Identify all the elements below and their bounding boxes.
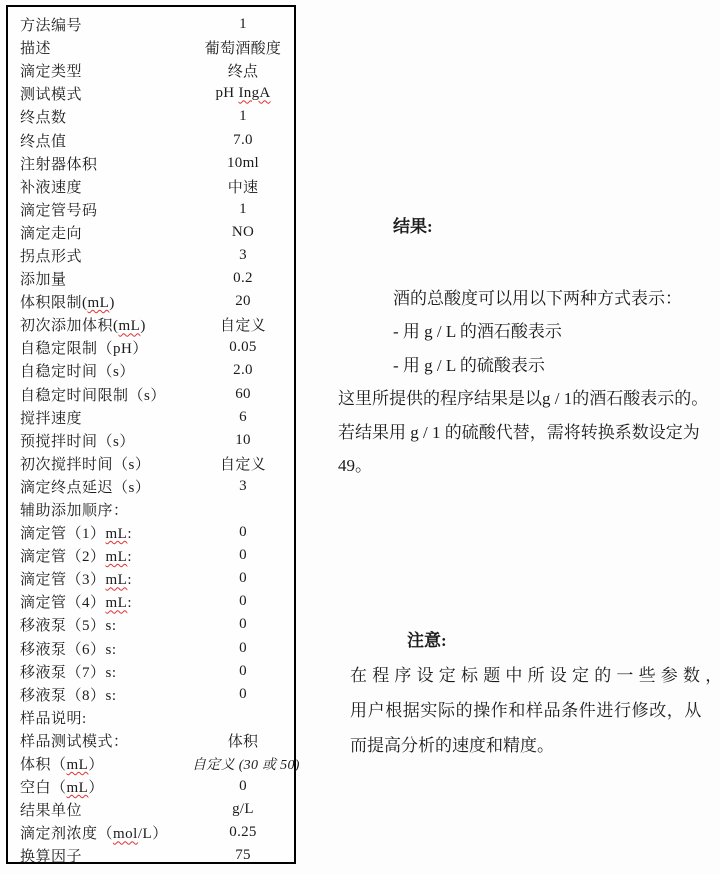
param-label: 测试模式 [8,83,192,104]
param-value: 0 [192,547,294,564]
text-run: 75 [235,847,251,863]
table-row: 滴定走向NO [8,221,294,244]
param-label: 换算因子 [8,845,192,866]
param-label: 自稳定时间限制（s） [8,384,192,405]
table-row: 滴定管（3）mL:0 [8,567,294,590]
text-run: 0 [239,686,247,702]
param-value: 75 [192,847,294,864]
text-run: 0.25 [229,824,256,840]
text-run: 自稳定限制（pH） [20,341,148,357]
table-row: 滴定管（1）mL:0 [8,521,294,544]
text-run: 方法编号 [20,18,82,34]
param-label: 滴定管号码 [8,199,192,220]
text-run: 空白（ [20,780,67,796]
table-row: 空白（mL）0 [8,775,294,798]
table-row: 拐点形式3 [8,244,294,267]
text-run: 初次添加体积( [20,318,119,334]
text-run: 补液速度 [20,180,82,196]
param-value: 1 [192,16,294,33]
param-label: 搅拌速度 [8,407,192,428]
table-row: 搅拌速度6 [8,406,294,429]
param-label: 滴定管（1）mL: [8,522,192,543]
text-run: 滴定管（3） [20,572,106,588]
table-row: 测试模式pH IngA [8,82,294,105]
text-run: 滴定终点延迟（s） [20,480,150,496]
text-run: : [127,549,132,565]
param-label: 样品测试模式： [8,730,192,751]
text-run: pH [215,85,238,101]
spellcheck-squiggle-text: mL [88,295,110,311]
spellcheck-squiggle-text: mL [119,318,141,334]
text-run: 注射器体积 [20,157,98,173]
text-run: 初次搅拌时间（s） [20,457,150,473]
text-run: 换算因子 [20,849,82,865]
param-value: 自定义 (30 或 50) [192,754,300,774]
param-label: 描述 [8,37,192,58]
italic-text: 自定义 (30 或 50) [192,758,300,773]
text-run: g/L [232,801,254,817]
results-line: 49。 [338,449,716,483]
text-run: 60 [235,386,251,402]
param-value: 自定义 [192,314,294,335]
param-value: 0 [192,686,294,703]
param-label: 自稳定限制（pH） [8,337,192,358]
table-row: 初次添加体积(mL)自定义 [8,313,294,336]
text-run: 自定义 [220,318,266,334]
text-run: 3 [239,247,247,263]
param-label: 结果单位 [8,799,192,820]
text-run: 葡萄酒酸度 [205,41,282,57]
text-run: 体积限制( [20,295,88,311]
text-run: 滴定类型 [20,64,82,80]
table-row: 滴定管（2）mL:0 [8,544,294,567]
table-row: 滴定管号码1 [8,198,294,221]
table-row: 移液泵（5）s:0 [8,613,294,636]
param-label: 体积（mL） [8,753,192,774]
param-label: 初次添加体积(mL) [8,314,192,335]
results-section: 结果:酒的总酸度可以用以下两种方式表示：- 用 g / L 的酒石酸表示- 用 … [338,210,716,483]
param-value: 0 [192,663,294,680]
text-run: : [127,572,132,588]
param-value: 葡萄酒酸度 [192,37,294,58]
text-run: 0 [239,570,247,586]
param-value: 自定义 [192,453,294,474]
text-run: 结果单位 [20,803,82,819]
param-label: 体积限制(mL) [8,291,192,312]
param-value: 0 [192,616,294,633]
param-label: 滴定管（3）mL: [8,568,192,589]
param-label: 辅助添加顺序： [8,499,192,520]
table-row: 样品测试模式：体积 [8,729,294,752]
param-label: 注射器体积 [8,153,192,174]
table-row: 自稳定时间（s）2.0 [8,359,294,382]
text-run: ） [88,780,104,796]
text-run: 终点值 [20,134,67,150]
text-run: 2.0 [233,362,253,378]
param-label: 移液泵（5）s: [8,614,192,635]
param-label: 终点数 [8,106,192,127]
param-label: 预搅拌时间（s） [8,430,192,451]
results-line: - 用 g / L 的硫酸表示 [338,349,716,383]
param-value: 0.2 [192,270,294,287]
table-row: 移液泵（8）s:0 [8,683,294,706]
text-run: 10ml [227,155,259,171]
text-run: 自稳定时间（s） [20,364,135,380]
table-row: 自稳定限制（pH）0.05 [8,336,294,359]
text-run: : [127,526,132,542]
param-label: 滴定管（2）mL: [8,545,192,566]
param-label: 滴定终点延迟（s） [8,476,192,497]
param-label: 自稳定时间（s） [8,360,192,381]
text-run: 0 [239,778,247,794]
spellcheck-squiggle-text: mL [106,549,128,565]
param-value: 6 [192,409,294,426]
table-row: 移液泵（7）s:0 [8,660,294,683]
param-value: 10ml [192,155,294,172]
param-value: 1 [192,108,294,125]
param-value: 0 [192,593,294,610]
text-run: 描述 [20,41,51,57]
param-label: 滴定类型 [8,60,192,81]
table-row: 描述葡萄酒酸度 [8,36,294,59]
spellcheck-squiggle-text: mL [67,757,89,773]
text-run: /L） [138,826,168,842]
text-run: 滴定管（2） [20,549,106,565]
param-value: 0 [192,524,294,541]
text-run: 0 [239,524,247,540]
table-row: 滴定管（4）mL:0 [8,590,294,613]
param-label: 滴定走向 [8,222,192,243]
param-label: 样品说明: [8,707,192,728]
text-run: 0 [239,663,247,679]
text-run: 0 [239,616,247,632]
param-value: NO [192,224,294,241]
text-run: 自定义 [220,457,266,473]
table-row: 终点值7.0 [8,128,294,151]
text-run: 0.2 [233,270,253,286]
param-label: 添加量 [8,268,192,289]
param-value: 终点 [192,60,294,81]
table-row: 自稳定时间限制（s）60 [8,383,294,406]
text-run: 20 [235,293,251,309]
param-value: 0.25 [192,824,294,841]
spellcheck-squiggle-text: mL [106,595,128,611]
param-label: 终点值 [8,130,192,151]
param-label: 空白（mL） [8,776,192,797]
param-label: 移液泵（8）s: [8,684,192,705]
text-run: 1 [239,16,247,32]
spellcheck-squiggle-text: mL [106,526,128,542]
param-value: 0 [192,570,294,587]
results-line: - 用 g / L 的酒石酸表示 [338,315,716,349]
text-run: 移液泵（5）s: [20,618,117,634]
text-run: 移液泵（7）s: [20,665,117,681]
results-heading: 结果: [338,210,716,244]
table-row: 补液速度中速 [8,175,294,198]
notice-line: 在程序设定标题中所设定的一些参数， [350,658,716,693]
text-run: 终点数 [20,110,67,126]
text-run: 添加量 [20,272,67,288]
text-run: 搅拌速度 [20,411,82,427]
text-run: 体积 [228,734,259,750]
text-run: 6 [239,409,247,425]
table-row: 体积（mL）自定义 (30 或 50) [8,752,294,775]
notice-heading: 注意: [350,623,716,658]
param-value: 20 [192,293,294,310]
text-run: 拐点形式 [20,249,82,265]
table-row: 方法编号1 [8,13,294,36]
spellcheck-squiggle-text: mL [67,780,89,796]
text-run: 辅助添加顺序： [20,503,129,519]
param-value: 体积 [192,730,294,751]
param-label: 移液泵（7）s: [8,661,192,682]
text-run: 终点 [228,64,259,80]
text-run: 测试模式 [20,87,82,103]
table-row: 滴定终点延迟（s）3 [8,475,294,498]
text-run: 滴定管（1） [20,526,106,542]
table-row: 滴定类型终点 [8,59,294,82]
text-run: 自稳定时间限制（s） [20,388,166,404]
param-value: 2.0 [192,362,294,379]
text-run: 滴定管（4） [20,595,106,611]
spellcheck-squiggle-text: IngA [238,85,270,101]
text-run: 0 [239,547,247,563]
param-value: 1 [192,201,294,218]
table-row: 体积限制(mL)20 [8,290,294,313]
param-value: 3 [192,247,294,264]
table-row: 终点数1 [8,105,294,128]
text-run: 中速 [228,180,259,196]
text-run: : [127,595,132,611]
notice-section: 注意:在程序设定标题中所设定的一些参数，用户根据实际的操作和样品条件进行修改，从… [350,623,716,763]
text-run: ) [140,318,146,334]
param-value: g/L [192,801,294,818]
param-value: 中速 [192,176,294,197]
text-run: 0.05 [229,339,256,355]
param-value: 7.0 [192,132,294,149]
text-run: 移液泵（6）s: [20,642,117,658]
table-row: 辅助添加顺序： [8,498,294,521]
text-run: 滴定剂浓度（ [20,826,113,842]
text-run: 滴定管号码 [20,203,98,219]
param-label: 方法编号 [8,14,192,35]
table-row: 样品说明: [8,706,294,729]
table-row: 移液泵（6）s:0 [8,637,294,660]
spellcheck-squiggle-text: mL [106,572,128,588]
table-row: 滴定剂浓度（mol/L）0.25 [8,821,294,844]
table-row: 初次搅拌时间（s）自定义 [8,452,294,475]
param-label: 初次搅拌时间（s） [8,453,192,474]
text-run: 预搅拌时间（s） [20,434,135,450]
notice-line: 而提高分析的速度和精度。 [350,728,716,763]
param-value: 10 [192,432,294,449]
results-line: 这里所提供的程序结果是以g / 1的酒石酸表示的。 [338,382,716,416]
text-run: 0 [239,640,247,656]
text-run: 移液泵（8）s: [20,688,117,704]
text-run: 10 [235,432,251,448]
results-line: 若结果用 g / 1 的硫酸代替，需将转换系数设定为 [338,416,716,450]
method-parameters-table: 方法编号1描述葡萄酒酸度滴定类型终点测试模式pH IngA终点数1终点值7.0注… [6,5,296,864]
param-value: 0 [192,640,294,657]
param-value: 0.05 [192,339,294,356]
table-row: 结果单位g/L [8,798,294,821]
text-run: NO [232,224,254,240]
param-label: 移液泵（6）s: [8,638,192,659]
param-label: 拐点形式 [8,245,192,266]
text-run: 体积（ [20,757,67,773]
text-run: 3 [239,478,247,494]
text-run: ) [109,295,115,311]
notice-line: 用户根据实际的操作和样品条件进行修改，从 [350,693,716,728]
text-run: 1 [239,201,247,217]
table-row: 换算因子75 [8,844,294,867]
text-run: 样品测试模式： [20,734,129,750]
param-value: 0 [192,778,294,795]
param-value: pH IngA [192,85,294,102]
param-label: 滴定剂浓度（mol/L） [8,822,192,843]
table-row: 注射器体积10ml [8,152,294,175]
text-run: 1 [239,108,247,124]
table-row: 预搅拌时间（s）10 [8,429,294,452]
table-row: 添加量0.2 [8,267,294,290]
param-value: 3 [192,478,294,495]
text-run: 7.0 [233,132,253,148]
results-line: 酒的总酸度可以用以下两种方式表示： [338,282,716,316]
text-run: 0 [239,593,247,609]
text-run: ） [88,757,104,773]
text-run: 滴定走向 [20,226,82,242]
spellcheck-squiggle-text: mol [113,826,138,842]
param-label: 补液速度 [8,176,192,197]
text-run: 样品说明: [20,711,87,727]
param-value: 60 [192,386,294,403]
param-label: 滴定管（4）mL: [8,591,192,612]
